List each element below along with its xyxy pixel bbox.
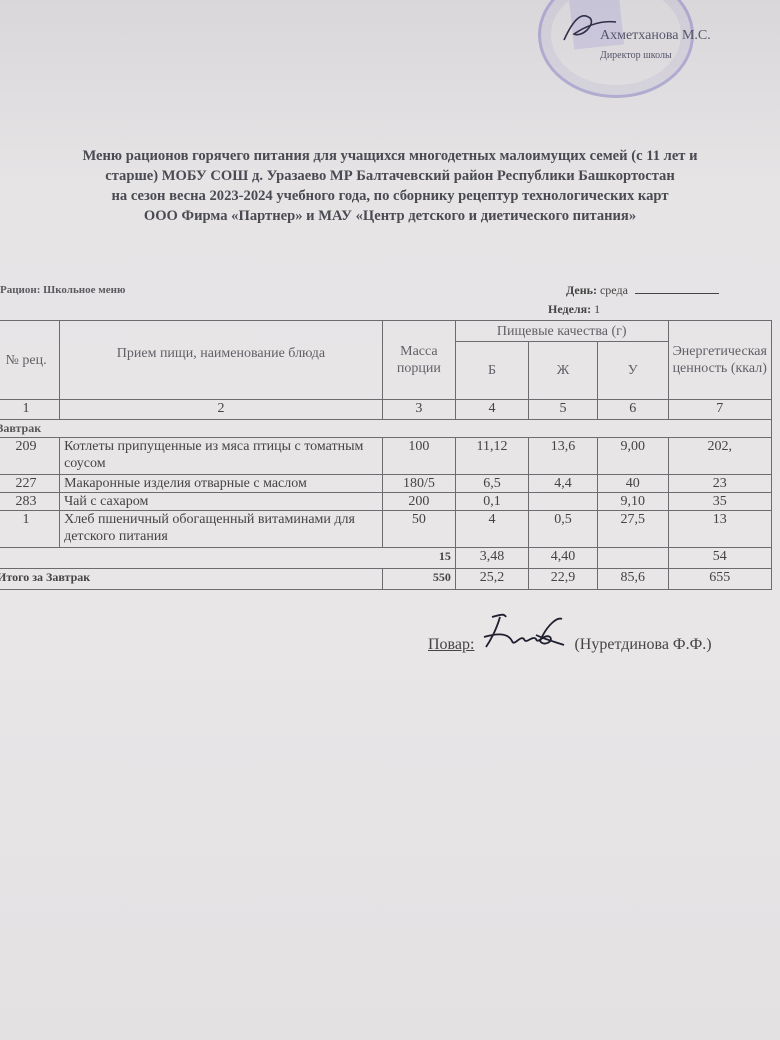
column-number: 2 — [60, 400, 383, 420]
column-number: 5 — [529, 400, 598, 420]
title-line: ООО Фирма «Партнер» и МАУ «Центр детског… — [0, 206, 780, 226]
week-info: Неделя: 1 — [548, 302, 600, 317]
total-protein: 25,2 — [455, 569, 528, 590]
header-recipe-no: № рец. — [0, 321, 60, 400]
protein-value: 6,5 — [455, 475, 528, 493]
total-row: Итого за Завтрак 550 25,2 22,9 85,6 655 — [0, 569, 772, 590]
energy-value: 35 — [668, 493, 771, 511]
carbs-value: 9,00 — [597, 438, 668, 475]
section-row: Завтрак — [0, 420, 772, 438]
day-label: День: — [566, 283, 597, 297]
day-info: День: среда — [566, 283, 719, 298]
header-dish: Прием пищи, наименование блюда — [60, 321, 383, 400]
protein-value: 11,12 — [455, 438, 528, 475]
fat-value: 4,4 — [529, 475, 598, 493]
total-energy: 655 — [668, 569, 771, 590]
column-number-row: 1 2 3 4 5 6 7 — [0, 400, 772, 420]
menu-table: № рец. Прием пищи, наименование блюда Ма… — [0, 320, 772, 590]
protein-value: 0,1 — [455, 493, 528, 511]
extra-protein: 3,48 — [455, 548, 528, 569]
director-name: Ахметханова М.С. — [600, 28, 711, 44]
carbs-value: 40 — [597, 475, 668, 493]
mass-value: 50 — [382, 511, 455, 548]
cook-name: (Нуретдинова Ф.Ф.) — [574, 636, 711, 653]
energy-value: 13 — [668, 511, 771, 548]
protein-value: 4 — [455, 511, 528, 548]
table-row: 283 Чай с сахаром 200 0,1 9,10 35 — [0, 493, 772, 511]
mass-value: 180/5 — [382, 475, 455, 493]
mass-value: 200 — [382, 493, 455, 511]
carbs-value: 9,10 — [597, 493, 668, 511]
recipe-number: 227 — [0, 475, 60, 493]
column-number: 4 — [455, 400, 528, 420]
table-row: 209 Котлеты припущенные из мяса птицы с … — [0, 438, 772, 475]
table-row: 1 Хлеб пшеничный обогащенный витаминами … — [0, 511, 772, 548]
ration-value: Школьное меню — [43, 284, 125, 296]
cook-signature — [478, 629, 570, 649]
cook-label: Повар: — [428, 636, 474, 653]
day-value: среда — [600, 283, 628, 297]
header-protein: Б — [455, 342, 528, 400]
header-nutrition: Пищевые качества (г) — [455, 321, 668, 342]
dish-name: Макаронные изделия отварные с маслом — [60, 475, 383, 493]
title-line: старше) МОБУ СОШ д. Уразаево МР Балтачев… — [0, 166, 780, 186]
extra-mass: 15 — [0, 548, 455, 569]
carbs-value: 27,5 — [597, 511, 668, 548]
energy-value: 23 — [668, 475, 771, 493]
ration-info: Рацион: Школьное меню — [0, 284, 125, 296]
cook-signature-line: Повар: (Нуретдинова Ф.Ф.) — [428, 629, 712, 654]
section-label: Завтрак — [0, 420, 772, 438]
recipe-number: 1 — [0, 511, 60, 548]
table-row: 227 Макаронные изделия отварные с маслом… — [0, 475, 772, 493]
dish-name: Хлеб пшеничный обогащенный витаминами дл… — [60, 511, 383, 548]
header-fat: Ж — [529, 342, 598, 400]
fat-value: 13,6 — [529, 438, 598, 475]
total-carbs: 85,6 — [597, 569, 668, 590]
extra-energy: 54 — [668, 548, 771, 569]
total-mass: 550 — [382, 569, 455, 590]
title-line: Меню рационов горячего питания для учащи… — [0, 146, 780, 166]
column-number: 3 — [382, 400, 455, 420]
extra-row: 15 3,48 4,40 54 — [0, 548, 772, 569]
mass-value: 100 — [382, 438, 455, 475]
extra-carbs — [597, 548, 668, 569]
extra-fat: 4,40 — [529, 548, 598, 569]
week-value: 1 — [594, 302, 600, 316]
energy-value: 202, — [668, 438, 771, 475]
header-row: № рец. Прием пищи, наименование блюда Ма… — [0, 321, 772, 342]
total-fat: 22,9 — [529, 569, 598, 590]
column-number: 6 — [597, 400, 668, 420]
total-label: Итого за Завтрак — [0, 569, 382, 590]
fat-value — [529, 493, 598, 511]
header-energy: Энергетическая ценность (ккал) — [668, 321, 771, 400]
week-label: Неделя: — [548, 302, 591, 316]
document-page: Ахметханова М.С. Директор школы Меню рац… — [0, 0, 780, 1040]
fat-value: 0,5 — [529, 511, 598, 548]
recipe-number: 209 — [0, 438, 60, 475]
column-number: 7 — [668, 400, 771, 420]
dish-name: Чай с сахаром — [60, 493, 383, 511]
director-role: Директор школы — [600, 50, 672, 61]
column-number: 1 — [0, 400, 60, 420]
header-mass: Масса порции — [382, 321, 455, 400]
dish-name: Котлеты припущенные из мяса птицы с тома… — [60, 438, 383, 475]
document-title: Меню рационов горячего питания для учащи… — [0, 146, 780, 226]
recipe-number: 283 — [0, 493, 60, 511]
title-line: на сезон весна 2023-2024 учебного года, … — [0, 186, 780, 206]
ration-label: Рацион: — [0, 284, 40, 296]
day-blank-line — [635, 293, 719, 294]
header-carbs: У — [597, 342, 668, 400]
